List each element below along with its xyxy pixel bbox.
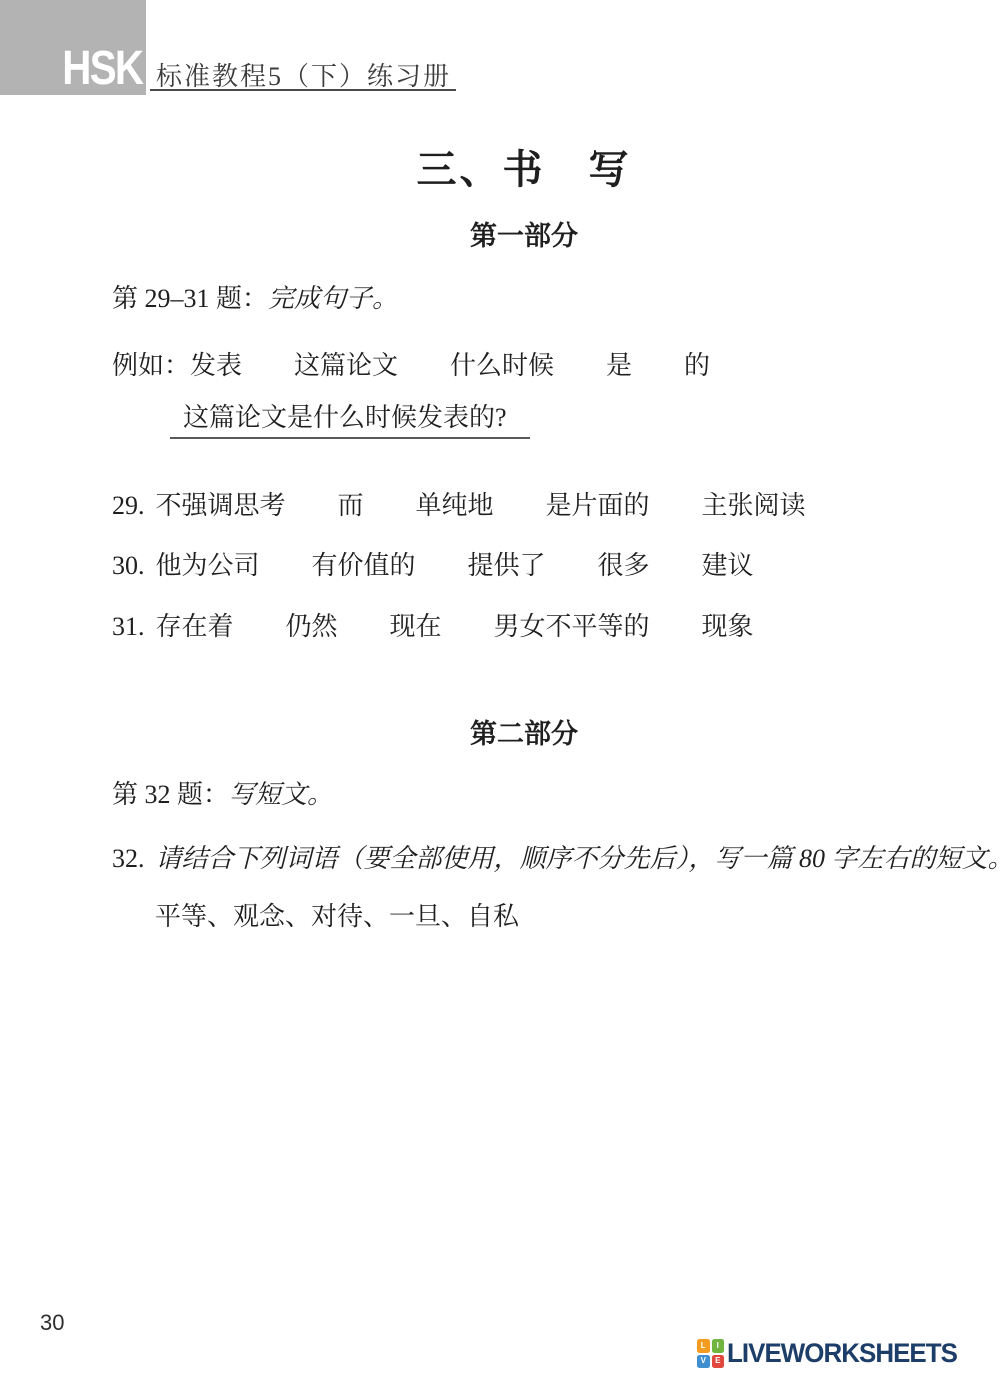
- liveworksheets-logo[interactable]: LIVE LIVEWORKSHEETS: [697, 1337, 967, 1369]
- hsk-logo-block: HSK: [0, 0, 146, 95]
- section-title: 三、书 写: [24, 148, 1000, 192]
- part1-instruction-prefix: 第 29–31 题：: [112, 284, 268, 313]
- question-words: 不强调思考 而 单纯地 是片面的 主张阅读: [156, 491, 806, 520]
- example-label: 例如：: [112, 351, 190, 380]
- word-list: 平等、观念、对待、一旦、自私: [155, 901, 519, 934]
- question-row: 30.他为公司 有价值的 提供了 很多 建议: [112, 550, 754, 583]
- series-title: 标准教程5（下）练习册: [156, 56, 451, 93]
- logo-square-e: E: [712, 1355, 725, 1369]
- question-row: 31.存在着 仍然 现在 男女不平等的 现象: [112, 611, 754, 644]
- question-row: 29.不强调思考 而 单纯地 是片面的 主张阅读: [112, 490, 806, 523]
- question-words: 存在着 仍然 现在 男女不平等的 现象: [156, 612, 754, 641]
- question-number: 29.: [112, 491, 145, 520]
- liveworksheets-logo-icon: LIVE: [697, 1339, 724, 1368]
- part2-instruction-text: 写短文。: [229, 780, 333, 809]
- worksheet-page: HSK 标准教程5（下）练习册 三、书 写 第一部分 第 29–31 题：完成句…: [0, 0, 1000, 1376]
- question-number: 32.: [112, 844, 145, 873]
- example-words: 发表 这篇论文 什么时候 是 的: [190, 351, 710, 380]
- example-row: 例如：发表 这篇论文 什么时候 是 的: [112, 350, 710, 383]
- question-number: 30.: [112, 551, 145, 580]
- part2-instruction: 第 32 题：写短文。: [112, 779, 333, 812]
- logo-square-l: L: [697, 1339, 710, 1353]
- part2-heading: 第二部分: [24, 712, 1000, 751]
- part1-instruction: 第 29–31 题：完成句子。: [112, 283, 398, 316]
- part1-instruction-text: 完成句子。: [268, 284, 398, 313]
- part2-instruction-prefix: 第 32 题：: [112, 780, 229, 809]
- example-answer-underline: [170, 437, 530, 439]
- logo-square-v: V: [697, 1355, 710, 1369]
- liveworksheets-logo-text: LIVEWORKSHEETS: [727, 1337, 957, 1369]
- question-text: 请结合下列词语（要全部使用，顺序不分先后），写一篇 80 字左右的短文。: [156, 844, 1000, 873]
- example-answer: 这篇论文是什么时候发表的?: [183, 402, 507, 435]
- question-row: 32.请结合下列词语（要全部使用，顺序不分先后），写一篇 80 字左右的短文。: [112, 843, 1000, 876]
- header-divider: [150, 89, 456, 91]
- question-number: 31.: [112, 612, 145, 641]
- logo-square-i: I: [712, 1339, 725, 1353]
- question-words: 他为公司 有价值的 提供了 很多 建议: [156, 551, 754, 580]
- part1-heading: 第一部分: [24, 214, 1000, 253]
- hsk-logo-text: HSK: [62, 45, 142, 93]
- page-number: 30: [40, 1310, 64, 1336]
